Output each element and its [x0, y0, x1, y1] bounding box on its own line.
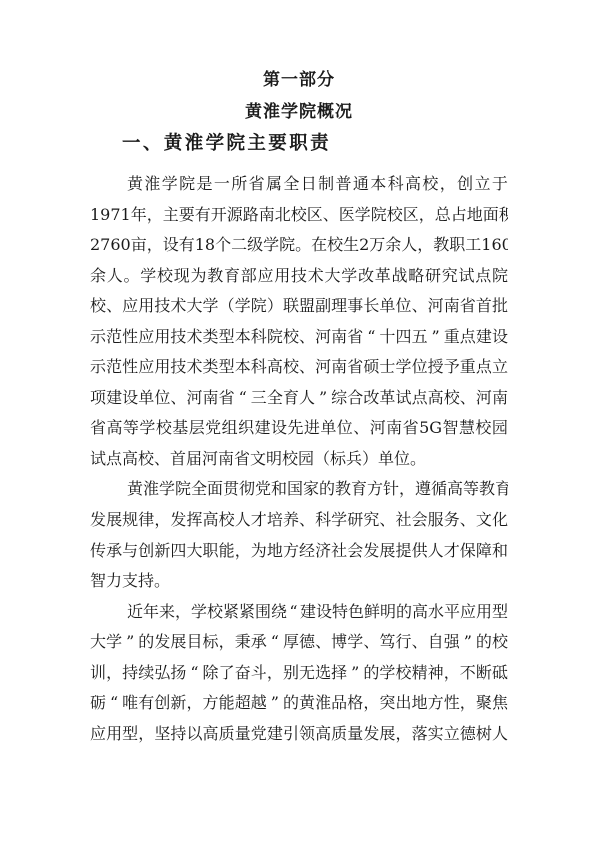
paragraph-overview: 黄淮学院是一所省属全日制普通本科高校，创立于1971年，主要有开源路南北校区、医…	[90, 169, 508, 474]
section-heading: 一、黄淮学院主要职责	[90, 128, 508, 160]
text-line: 1971年，主要有开源路南北校区、医学院校区，总占地面积	[90, 200, 508, 231]
document-page: 第一部分 黄淮学院概况 一、黄淮学院主要职责 黄淮学院是一所省属全日制普通本科高…	[0, 0, 595, 842]
text-line: 应用型，坚持以高质量党建引领高质量发展，落实立德树人	[90, 719, 508, 750]
document-body: 黄淮学院是一所省属全日制普通本科高校，创立于1971年，主要有开源路南北校区、医…	[90, 169, 508, 749]
text-line: 发展规律，发挥高校人才培养、科学研究、社会服务、文化	[90, 505, 508, 536]
text-line: 示范性应用技术类型本科高校、河南省硕士学位授予重点立	[90, 352, 508, 383]
text-line: 省高等学校基层党组织建设先进单位、河南省5G智慧校园	[90, 413, 508, 444]
text-line: 2760亩，设有18个二级学院。在校生2万余人，教职工1600	[90, 230, 508, 261]
text-line: 近年来，学校紧紧围绕“建设特色鲜明的高水平应用型	[90, 597, 508, 628]
text-line: 传承与创新四大职能，为地方经济社会发展提供人才保障和	[90, 536, 508, 567]
text-line: 智力支持。	[90, 566, 508, 597]
text-line: 示范性应用技术类型本科院校、河南省“十四五”重点建设	[90, 322, 508, 353]
text-line: 余人。学校现为教育部应用技术大学改革战略研究试点院	[90, 261, 508, 292]
text-line: 项建设单位、河南省“三全育人”综合改革试点高校、河南	[90, 383, 508, 414]
page-content: 第一部分 黄淮学院概况 一、黄淮学院主要职责 黄淮学院是一所省属全日制普通本科高…	[0, 0, 595, 749]
text-line: 黄淮学院是一所省属全日制普通本科高校，创立于	[90, 169, 508, 200]
text-line: 训，持续弘扬“除了奋斗，别无选择”的学校精神，不断砥	[90, 658, 508, 689]
paragraph-mission: 黄淮学院全面贯彻党和国家的教育方针，遵循高等教育发展规律，发挥高校人才培养、科学…	[90, 474, 508, 596]
text-line: 大学”的发展目标，秉承“厚德、博学、笃行、自强”的校	[90, 627, 508, 658]
text-line: 砺“唯有创新，方能超越”的黄淮品格，突出地方性，聚焦	[90, 688, 508, 719]
paragraph-recent-years: 近年来，学校紧紧围绕“建设特色鲜明的高水平应用型大学”的发展目标，秉承“厚德、博…	[90, 597, 508, 750]
text-line: 试点高校、首届河南省文明校园（标兵）单位。	[90, 444, 508, 475]
text-line: 黄淮学院全面贯彻党和国家的教育方针，遵循高等教育	[90, 474, 508, 505]
text-line: 校、应用技术大学（学院）联盟副理事长单位、河南省首批	[90, 291, 508, 322]
part-title: 第一部分	[90, 64, 508, 96]
document-title: 黄淮学院概况	[90, 96, 508, 128]
